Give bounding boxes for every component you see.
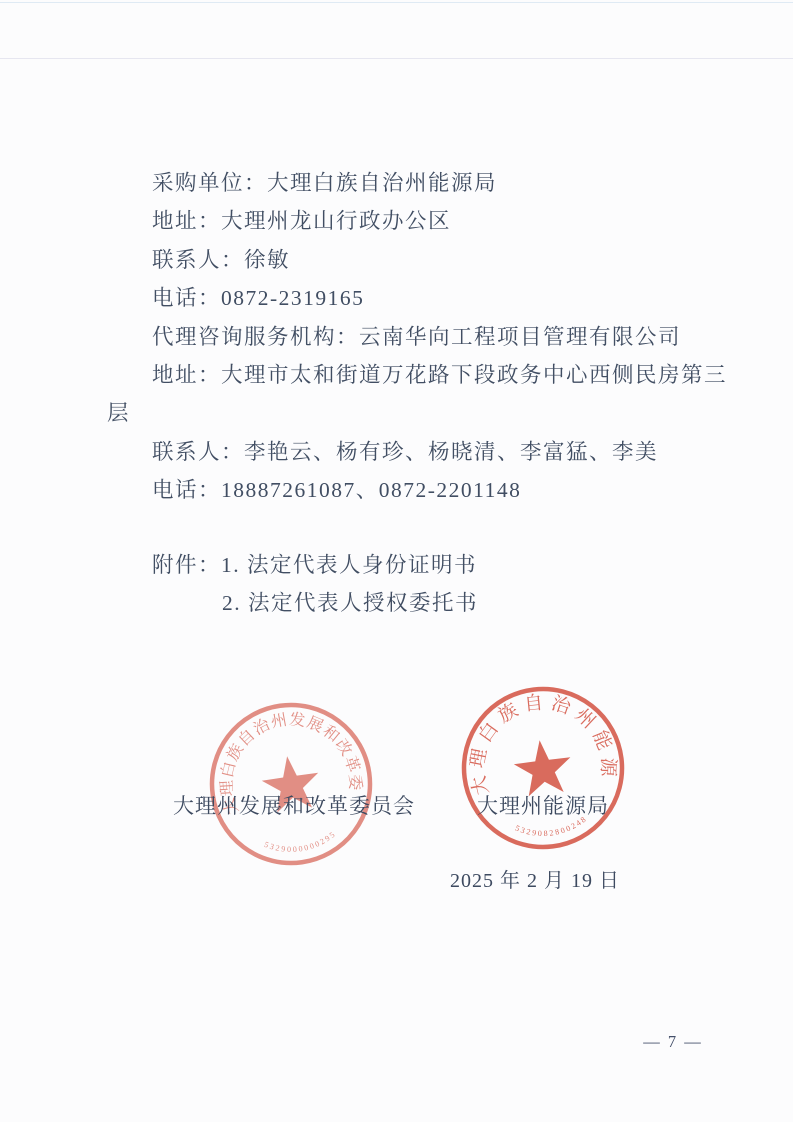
attachments-label: 附件：: [152, 553, 221, 577]
agency-phones-line: 电话：18887261087、0872-2201148: [107, 471, 747, 509]
agency-line: 代理咨询服务机构：云南华向工程项目管理有限公司: [107, 318, 747, 356]
agency-address-wrap-line: 层: [107, 394, 747, 432]
signature-date: 2025 年 2 月 19 日: [450, 864, 620, 893]
agency-address-line: 地址：大理市太和街道万花路下段政务中心西侧民房第三: [107, 356, 747, 394]
attachment-item-2: 2. 法定代表人授权委托书: [152, 584, 478, 622]
agency-contacts-line: 联系人：李艳云、杨有珍、杨晓清、李富猛、李美: [107, 433, 747, 471]
attachment-item-1: 附件：1. 法定代表人身份证明书: [152, 546, 478, 584]
purchaser-address-line: 地址：大理州龙山行政办公区: [107, 202, 747, 240]
document-page: 采购单位：大理白族自治州能源局 地址：大理州龙山行政办公区 联系人：徐敏 电话：…: [0, 0, 793, 1122]
attachment-2-text: 2. 法定代表人授权委托书: [222, 591, 478, 615]
contact-info-block: 采购单位：大理白族自治州能源局 地址：大理州龙山行政办公区 联系人：徐敏 电话：…: [107, 164, 747, 510]
scan-artifact-line-second: [0, 58, 793, 59]
scan-artifact-line-top: [0, 2, 793, 3]
development-reform-commission-seal: 大理白族自治州发展和改革委员会 5329000000295: [196, 689, 386, 879]
right-signing-org-name: 大理州能源局: [477, 790, 609, 820]
purchaser-contact-line: 联系人：徐敏: [107, 241, 747, 279]
left-signing-org-name: 大理州发展和改革委员会: [173, 790, 415, 820]
purchaser-phone-line: 电话：0872-2319165: [107, 279, 747, 317]
energy-bureau-seal: 大理白族自治州能源局 5329082800248: [449, 674, 636, 861]
seal-star-icon: [511, 737, 574, 798]
purchaser-line: 采购单位：大理白族自治州能源局: [107, 164, 747, 202]
attachment-1-text: 1. 法定代表人身份证明书: [221, 553, 477, 577]
page-number: — 7 —: [628, 1032, 718, 1052]
attachments-block: 附件：1. 法定代表人身份证明书 2. 法定代表人授权委托书: [152, 546, 478, 623]
